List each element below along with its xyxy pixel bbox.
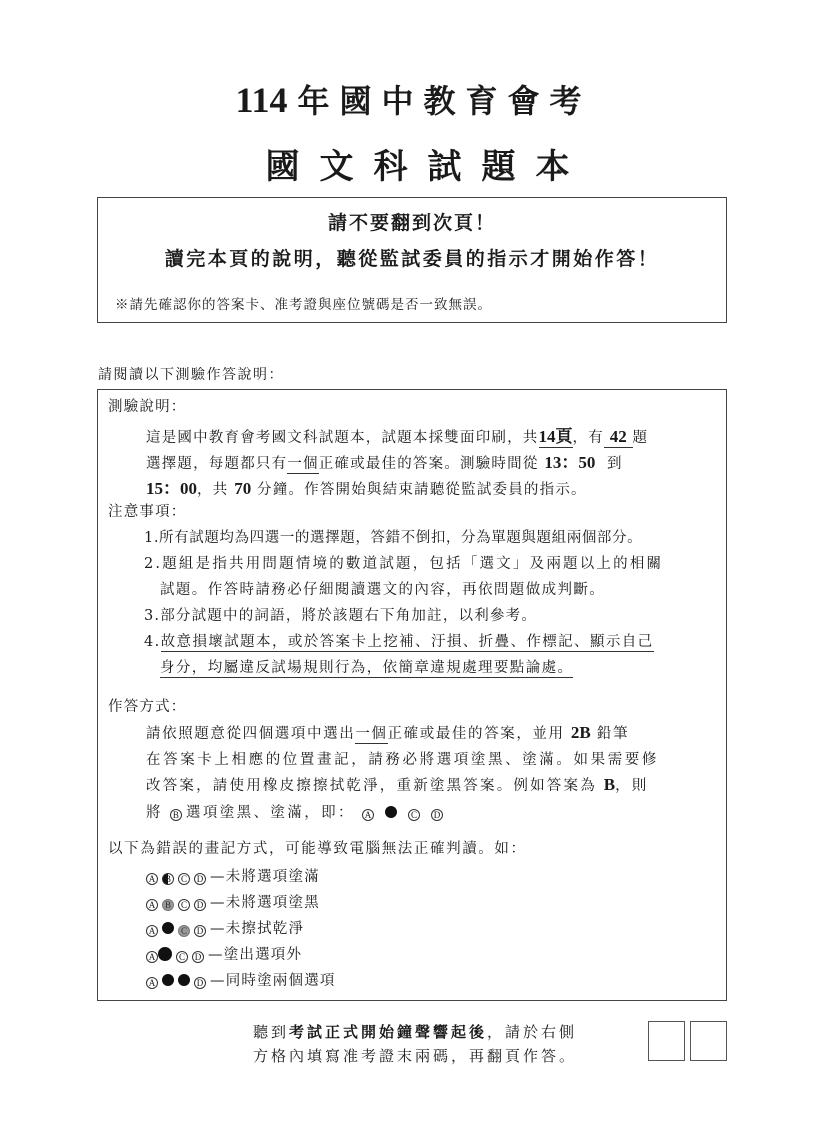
bubble-c-icon: C (178, 899, 190, 911)
bubble-c-icon: C (176, 951, 188, 963)
bubble-c-icon: C (408, 809, 420, 821)
bubble-filled-icon (162, 922, 174, 934)
pencil-type: 2B (571, 723, 591, 742)
text: 請依照題意從四個選項中選出 (146, 726, 355, 742)
wrong-mark-label: —未將選項塗黑 (210, 895, 320, 911)
text: 題 (633, 430, 649, 446)
bubble-gray-icon: C (178, 925, 190, 937)
text: 鉛筆 (597, 726, 629, 742)
duration: 70 (234, 479, 251, 498)
wrong-mark-label: —塗出選項外 (208, 947, 302, 963)
wrong-mark-item: ACD—塗出選項外 (146, 943, 302, 964)
wrong-marks-heading: 以下為錯誤的畫記方式，可能導致電腦無法正確判讀。如： (108, 837, 527, 858)
exam-title: 114年國中教育會考 (0, 76, 827, 122)
ticket-digit-box-1[interactable] (648, 1021, 685, 1061)
text: ，有 (573, 430, 604, 446)
text: 分鐘。作答開始與結束請聽從監試委員的指示。 (257, 482, 587, 498)
example-answer: B (604, 775, 615, 794)
wrong-mark-label: —未擦拭乾淨 (210, 921, 304, 937)
text: 選擇題，每題都只有 (146, 456, 287, 472)
text: 選項塗黑、塗滿，即： (186, 805, 355, 821)
test-description-line-1: 這是國中教育會考國文科試題本，試題本採雙面印刷，共14頁，有 42 題 (146, 422, 648, 447)
warning-line-1: 請不要翻到次頁！ (98, 208, 726, 235)
bubble-d-icon: D (194, 925, 206, 937)
bubble-a-icon: A (146, 977, 158, 989)
warning-line-2: 讀完本頁的說明，聽從監試委員的指示才開始作答！ (98, 244, 726, 271)
wrong-mark-item: ABCD—未將選項塗黑 (146, 891, 320, 912)
bubble-a-icon: A (362, 809, 374, 821)
wrong-mark-label: —未將選項塗滿 (210, 869, 320, 885)
note-item-4b: 身分，均屬違反試場規則行為，依簡章違規處理要點論處。 (160, 656, 573, 677)
test-description-heading: 測驗說明： (108, 395, 187, 416)
warning-box: 請不要翻到次頁！ 讀完本頁的說明，聽從監試委員的指示才開始作答！ ※請先確認你的… (97, 197, 727, 323)
footer-line-2: 方格內填寫准考證末兩碼，再翻頁作答。 (253, 1044, 577, 1068)
bubble-b-icon: B (170, 809, 182, 821)
bubble-filled-icon (385, 806, 397, 818)
wrong-mark-item: AD—同時塗兩個選項 (146, 969, 336, 990)
bubble-d-icon: D (192, 951, 204, 963)
bubble-filled-icon (162, 974, 174, 986)
exam-year: 114 (235, 80, 287, 120)
note-item-1: 1.所有試題均為四選一的選擇題，答錯不倒扣，分為單題與題組兩個部分。 (144, 526, 642, 547)
bubble-a-icon: A (146, 925, 158, 937)
text: ，共 (197, 482, 228, 498)
warning-line-3: ※請先確認你的答案卡、准考證與座位號碼是否一致無誤。 (115, 293, 492, 313)
note-item-2a: 2.題組是指共用問題情境的數道試題，包括「選文」及兩題以上的相關 (144, 552, 663, 573)
exam-title-text: 年國中教育會考 (298, 82, 592, 120)
bubble-gray-icon: B (162, 899, 174, 911)
bubble-c-icon: C (178, 873, 190, 885)
wrong-mark-item: ACD—未擦拭乾淨 (146, 917, 304, 938)
answer-method-heading: 作答方式： (108, 695, 187, 716)
wrong-mark-label: —同時塗兩個選項 (210, 973, 336, 989)
text: 正確或最佳的答案。測驗時間從 (319, 456, 539, 472)
bubble-a-icon: A (146, 899, 158, 911)
page-count-value: 14頁 (539, 427, 573, 446)
bubble-half-filled-icon: B (162, 873, 174, 885)
text: 正確或最佳的答案，並用 (388, 726, 565, 742)
note-item-4a: 4.故意損壞試題本，或於答案卡上挖補、汙損、折疊、作標記、顯示自己 (144, 630, 654, 651)
note-item-4a-text: 故意損壞試題本，或於答案卡上挖補、汙損、折疊、作標記、顯示自己 (161, 634, 654, 652)
one-answer-emphasis: 一個 (355, 726, 387, 744)
instructions-intro: 請閱讀以下測驗作答說明： (98, 364, 284, 384)
bubble-d-icon: D (194, 899, 206, 911)
text: 聽到 (253, 1023, 289, 1041)
text: ，則 (615, 778, 648, 794)
question-count: 42 (604, 430, 633, 448)
text: 將 (146, 805, 163, 821)
answer-method-line-4: 將 B選項塗黑、塗滿，即： A C D (146, 801, 447, 822)
text: 這是國中教育會考國文科試題本，試題本採雙面印刷，共 (146, 430, 539, 446)
note-item-4b-text: 身分，均屬違反試場規則行為，依簡章違規處理要點論處。 (160, 660, 573, 678)
one-answer-emphasis: 一個 (287, 456, 318, 474)
test-description-line-3: 15：00，共 70 分鐘。作答開始與結束請聽從監試委員的指示。 (146, 474, 587, 499)
text: 改答案，請使用橡皮擦擦拭乾淨，重新塗黑答案。例如答案為 (146, 778, 597, 794)
wrong-mark-item: ABCD—未將選項塗滿 (146, 865, 320, 886)
text: ，請於右側 (487, 1023, 577, 1041)
notes-heading: 注意事項： (108, 500, 187, 521)
subject-title: 國文科試題本 (0, 139, 827, 188)
answer-method-line-3: 改答案，請使用橡皮擦擦拭乾淨，重新塗黑答案。例如答案為 B，則 (146, 774, 648, 795)
bubble-a-icon: A (146, 873, 158, 885)
note-item-2b: 試題。作答時請務必仔細閱讀選文的內容，再依問題做成判斷。 (160, 578, 605, 599)
bubble-overfilled-icon (158, 947, 172, 961)
bubble-d-icon: D (194, 977, 206, 989)
test-description-line-2: 選擇題，每題都只有一個正確或最佳的答案。測驗時間從 13：50 到 (146, 448, 623, 473)
footer-instruction: 聽到考試正式開始鐘聲響起後，請於右側 方格內填寫准考證末兩碼，再翻頁作答。 (253, 1020, 577, 1068)
bubble-d-icon: D (431, 809, 443, 821)
text: 到 (607, 456, 623, 472)
answer-method-line-1: 請依照題意從四個選項中選出一個正確或最佳的答案，並用 2B 鉛筆 (146, 722, 629, 743)
note-item-3: 3.部分試題中的詞語，將於該題右下角加註，以利參考。 (144, 604, 537, 625)
bubble-filled-icon (178, 974, 190, 986)
footer-emphasis: 考試正式開始鐘聲響起後 (289, 1023, 487, 1041)
bubble-d-icon: D (194, 873, 206, 885)
text: 4. (144, 634, 161, 650)
instructions-box: 測驗說明： 這是國中教育會考國文科試題本，試題本採雙面印刷，共14頁，有 42 … (97, 389, 727, 1001)
bubble-a-icon: A (146, 951, 158, 963)
question-count-value: 42 (610, 427, 627, 446)
footer-line-1: 聽到考試正式開始鐘聲響起後，請於右側 (253, 1020, 577, 1044)
page-count: 14頁 (539, 430, 573, 448)
start-time: 13：50 (544, 453, 595, 472)
answer-method-line-2: 在答案卡上相應的位置畫記，請務必將選項塗黑、塗滿。如果需要修 (146, 748, 659, 769)
ticket-digit-box-2[interactable] (690, 1021, 727, 1061)
end-time: 15：00 (146, 479, 197, 498)
